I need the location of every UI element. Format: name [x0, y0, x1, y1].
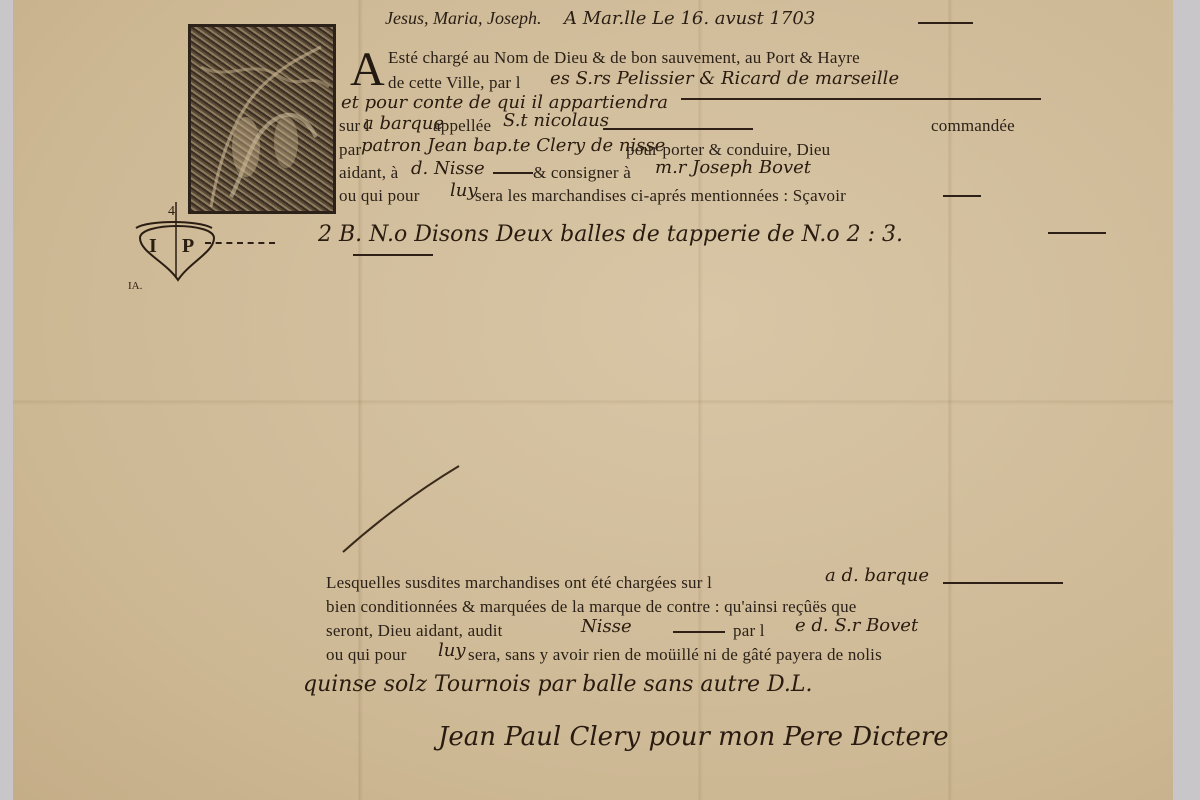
printed-line-6: par [339, 140, 361, 160]
cargo-line: 2 B. N.o Disons Deux balles de tapperie … [318, 222, 903, 247]
merchant-mark-icon: 4 I P IA. [128, 200, 218, 290]
printed-line-4: appellée [433, 116, 491, 136]
dashed-leader [205, 242, 275, 244]
footer-line-2: bien conditionnées & marquées de la marq… [326, 597, 857, 617]
woodcut-figures-icon [191, 27, 333, 211]
footer-line-1: Lesquelles susdites marchandises ont été… [326, 573, 712, 593]
footer-line-3: seront, Dieu aidant, audit [326, 621, 503, 641]
svg-text:IA.: IA. [128, 280, 143, 290]
printed-line-11: sera les marchandises ci-aprés mentionné… [475, 186, 846, 206]
footer-place: Nisse [581, 616, 632, 637]
printed-line-1: Esté chargé au Nom de Dieu & de bon sauv… [388, 48, 860, 68]
header-invocation: Jesus, Maria, Joseph. A Mar.lle Le 16. a… [385, 8, 815, 29]
rule [943, 195, 981, 197]
rule [943, 582, 1063, 584]
woodcut-illustration [188, 24, 336, 214]
rule [681, 98, 1041, 100]
svg-text:I: I [149, 235, 157, 257]
footer-line-5: ou qui pour [326, 645, 407, 665]
svg-text:P: P [182, 235, 194, 257]
printed-line-8: aidant, à [339, 163, 398, 183]
merchant-mark: 4 I P IA. [128, 200, 218, 290]
handwritten-shippers: es S.rs Pelissier & Ricard de marseille [550, 68, 899, 89]
printed-line-10: ou qui pour [339, 186, 420, 206]
signature: Jean Paul Clery pour mon Pere Dictere [438, 722, 949, 752]
footer-receiver: e d. S.r Bovet [795, 615, 918, 636]
handwritten-destination: d. Nisse [411, 158, 485, 179]
rule [493, 172, 533, 174]
drop-cap: A [350, 46, 385, 94]
place-date: A Mar.lle Le 16. avust 1703 [564, 8, 815, 29]
printed-line-2: de cette Ville, par l [388, 73, 521, 93]
printed-line-5: commandée [931, 116, 1015, 136]
printed-line-9: & consigner à [533, 163, 631, 183]
document-paper: Jesus, Maria, Joseph. A Mar.lle Le 16. a… [13, 0, 1173, 800]
footer-line-4: par l [733, 621, 765, 641]
footer-vessel-ref: a d. barque [825, 565, 929, 586]
handwritten-vessel-type: a barque [363, 113, 444, 134]
cancellation-stroke [339, 460, 469, 560]
rule [603, 128, 753, 130]
footer-line-6: sera, sans y avoir rien de moüillé ni de… [468, 645, 882, 665]
handwritten-vessel-name: S.t nicolaus [503, 110, 609, 131]
footer-freight: quinse solz Tournois par balle sans autr… [303, 672, 813, 697]
rule [1048, 232, 1106, 234]
cargo-underline [353, 254, 433, 256]
footer-for-whom: luy [438, 640, 466, 661]
handwritten-master: patron Jean bap.te Clery de nisse [361, 135, 665, 156]
handwritten-for-whom: luy [450, 180, 478, 201]
handwritten-consignee: m.r Joseph Bovet [655, 157, 811, 178]
invocation-text: Jesus, Maria, Joseph. [385, 8, 541, 28]
rule [918, 22, 973, 24]
rule [673, 631, 725, 633]
mark-number: 4 [168, 204, 175, 219]
